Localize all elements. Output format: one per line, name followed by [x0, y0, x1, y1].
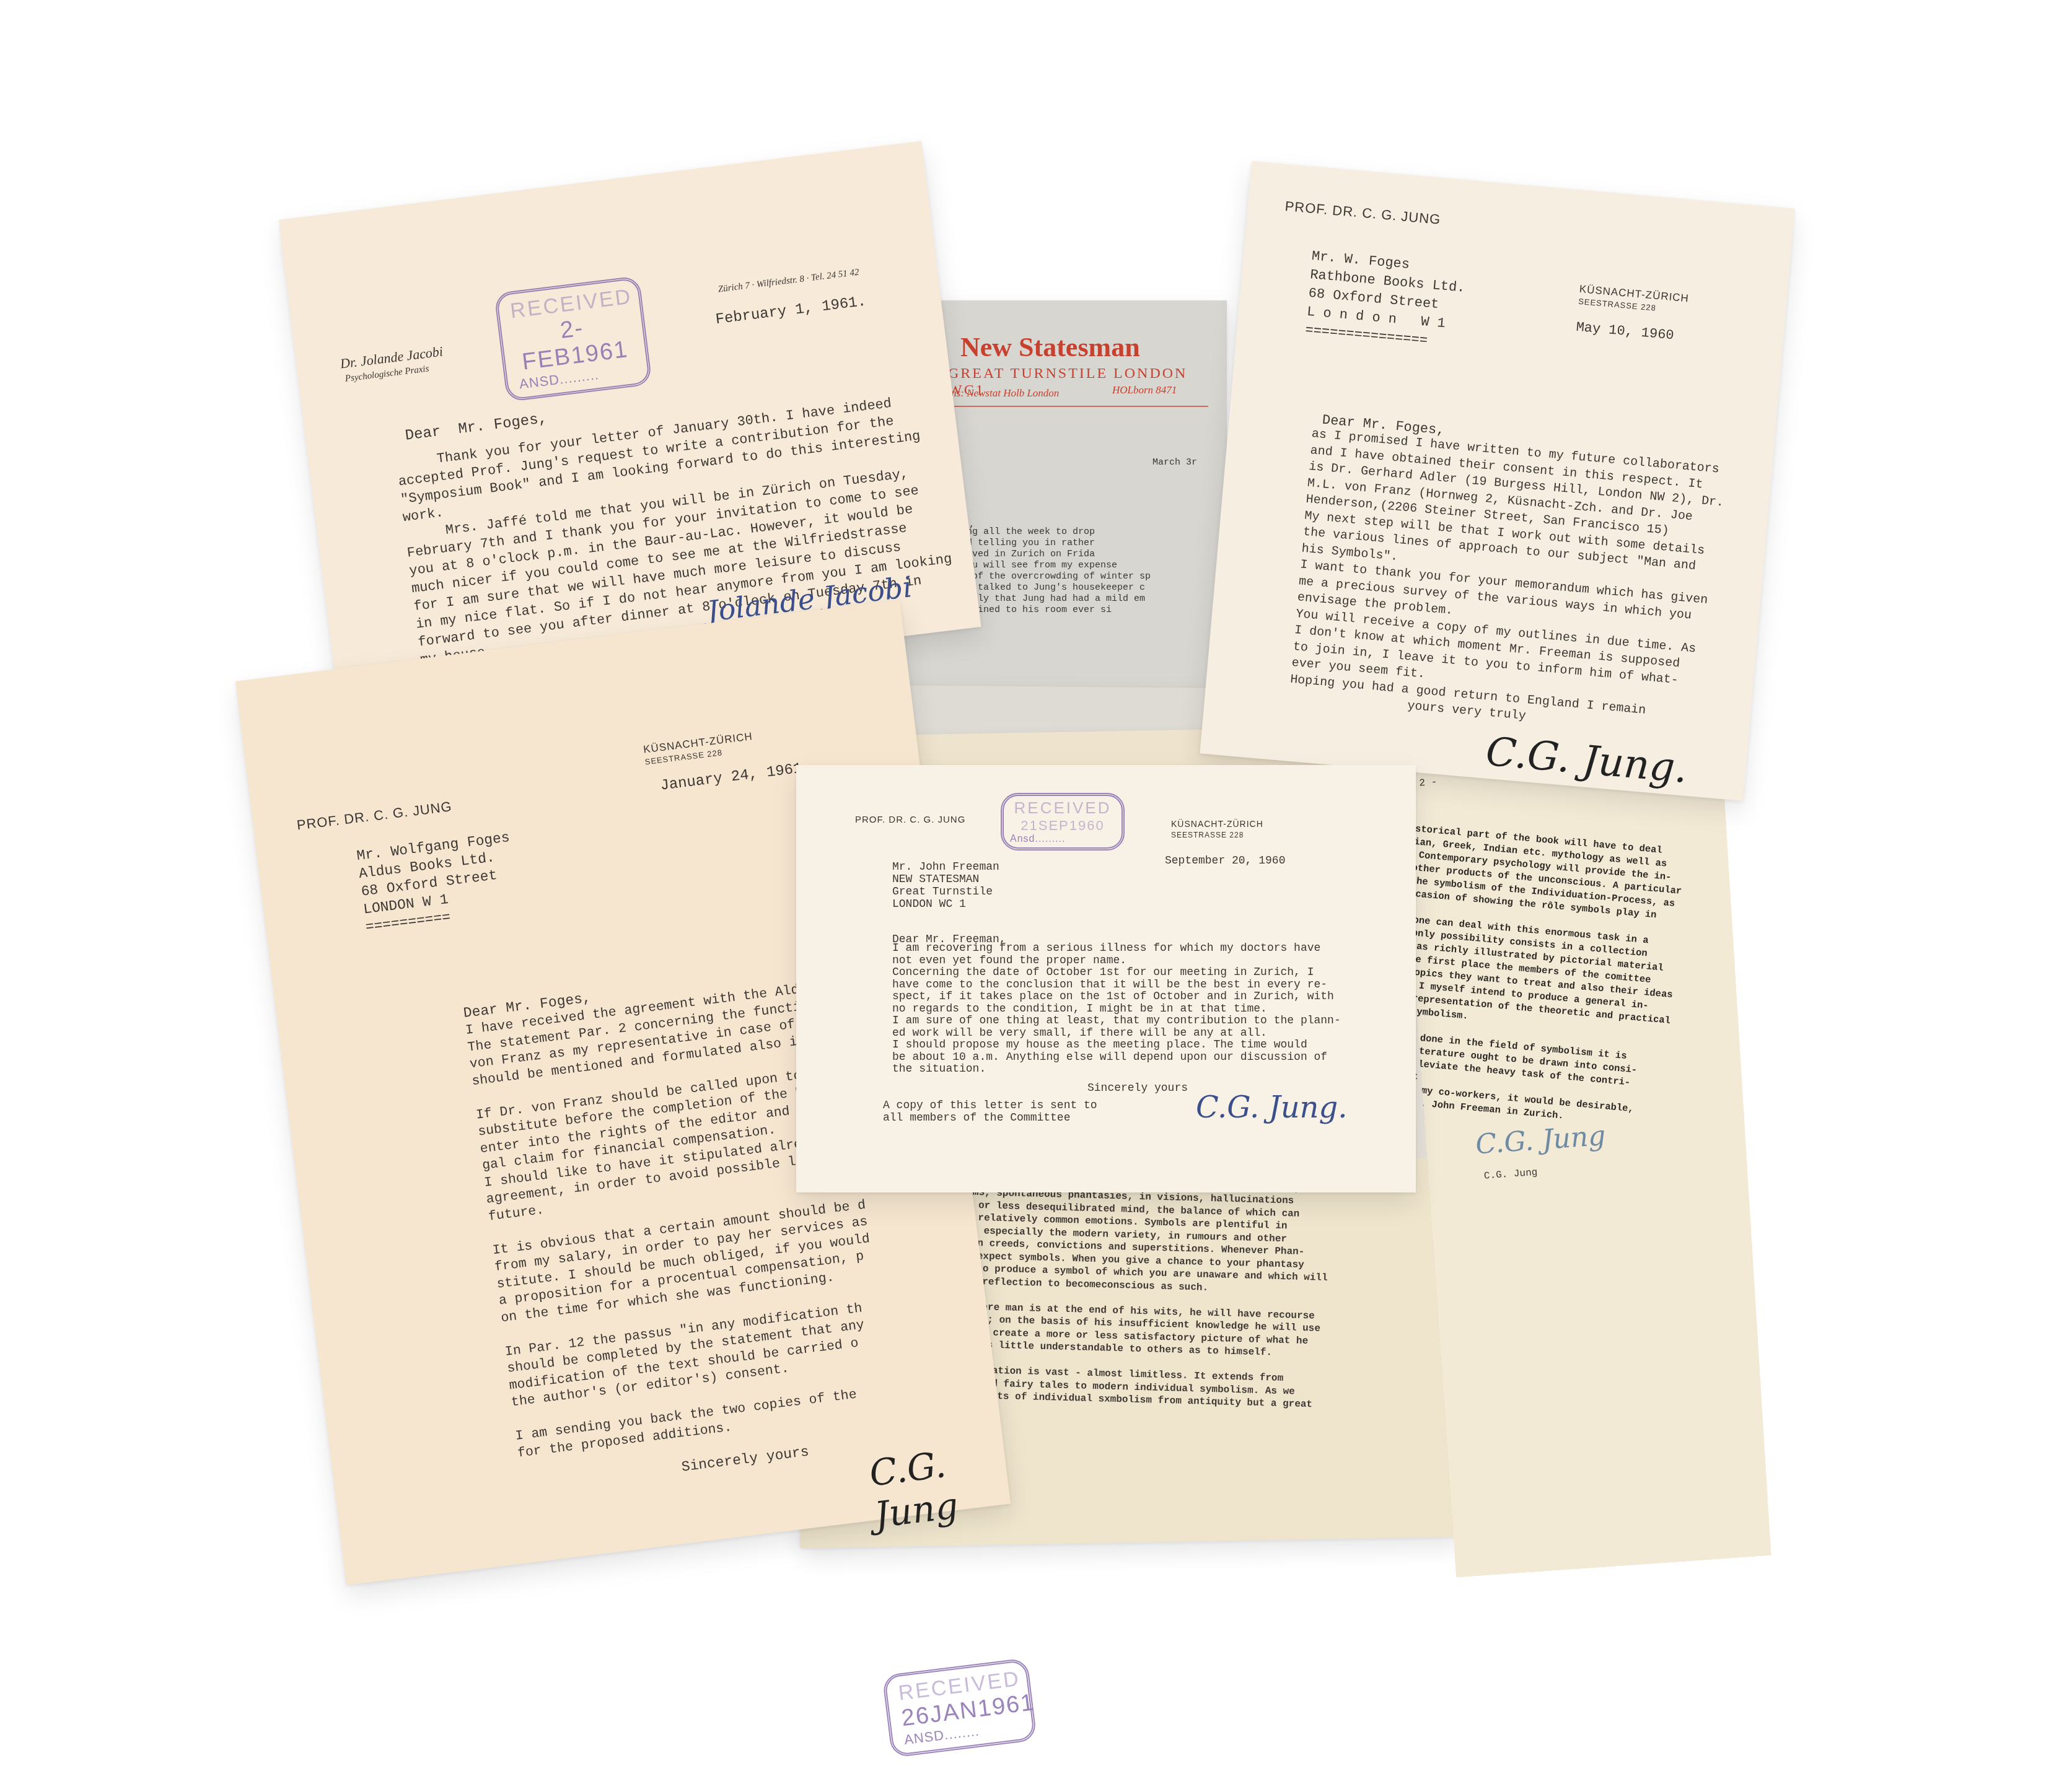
- letterhead: PROF. DR. C. G. JUNG: [296, 798, 454, 834]
- signature: C.G. Jung: [867, 1436, 1012, 1536]
- masthead: New Statesman: [960, 331, 1140, 363]
- memorandum-page-2: 2 - storical part of the book will have …: [1395, 678, 1778, 1578]
- letter-body: I am recovering from a serious illness f…: [892, 943, 1341, 1076]
- signature: C.G. Jung: [1475, 1120, 1607, 1161]
- closing: Sincerely yours: [680, 1441, 810, 1478]
- phone: HOLborn 8471: [1112, 384, 1177, 396]
- letterhead-place: KÜSNACHT-ZÜRICH: [1171, 819, 1263, 829]
- received-stamp: RECEIVED 21SEP1960 Ansd.........: [1001, 793, 1125, 850]
- letter-date: February 1, 1961.: [714, 292, 867, 331]
- recipient-address: Mr. W. Foges Rathbone Books Ltd. 68 Oxfo…: [1304, 247, 1467, 353]
- letterhead-address: Zürich 7 · Wilfriedstr. 8 · Tel. 24 51 4…: [718, 268, 859, 295]
- received-stamp: RECEIVED 2-FEB1961 ANSD.........: [494, 276, 652, 402]
- signature: C.G. Jung.: [1196, 1090, 1347, 1125]
- letter-date: March 3r: [1152, 452, 1197, 473]
- letter-date: May 10, 1960: [1575, 317, 1675, 347]
- letterhead-street: SEESTRASSE 228: [1171, 831, 1244, 839]
- letter-body: as I promised I have written to my futur…: [1288, 426, 1727, 740]
- page-marker: 2 -: [1418, 771, 1438, 794]
- jung-letter-september-1960: PROF. DR. C. G. JUNG RECEIVED 21SEP1960 …: [796, 765, 1416, 1192]
- cc-note: A copy of this letter is sent to all mem…: [883, 1100, 1097, 1124]
- recipient-address: Mr. Wolfgang Foges Aldus Books Ltd. 68 O…: [356, 829, 519, 937]
- letter-date: September 20, 1960: [1165, 850, 1285, 872]
- recipient-address: Mr. John Freeman NEW STATESMAN Great Tur…: [892, 861, 999, 911]
- letterhead: PROF. DR. C. G. JUNG: [1284, 198, 1442, 228]
- letterhead: PROF. DR. C. G. JUNG: [855, 815, 965, 825]
- memorandum-page-2-body: storical part of the book will have to d…: [1391, 823, 1686, 1131]
- received-stamp: RECEIVED 26JAN1961 ANSD........: [882, 1658, 1037, 1758]
- closing: Sincerely yours: [1087, 1078, 1188, 1099]
- typed-name: C.G. Jung: [1483, 1162, 1539, 1187]
- jung-letter-may-1960: PROF. DR. C. G. JUNG KÜSNACHT-ZÜRICH SEE…: [1200, 161, 1794, 801]
- letter-date: January 24, 1961: [659, 759, 804, 797]
